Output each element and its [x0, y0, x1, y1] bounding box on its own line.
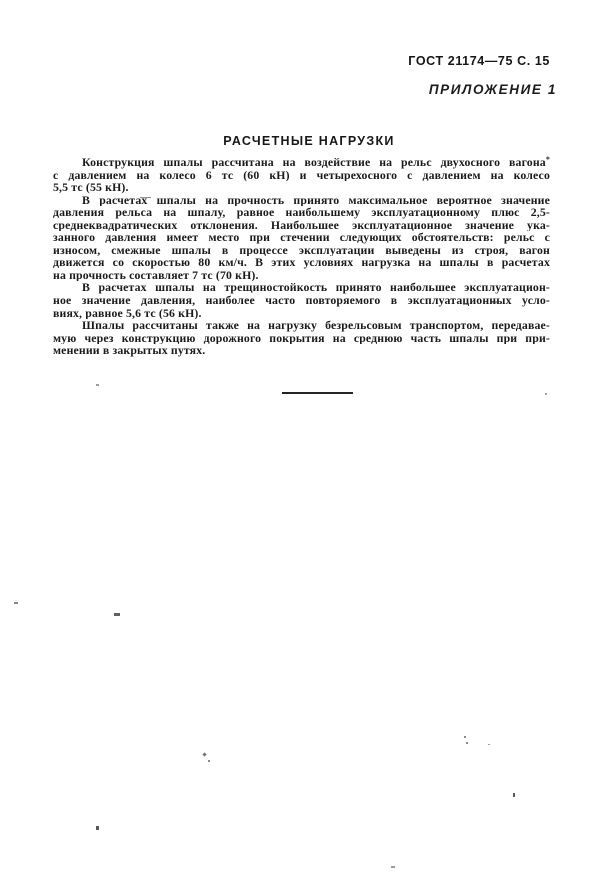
document-number: ГОСТ 21174—75 С. 15 [408, 54, 550, 68]
scan-speck [208, 760, 210, 762]
scan-speck [492, 301, 497, 303]
body-line: движется со скоростью 80 км/ч. В этих ус… [53, 256, 550, 269]
scan-speck [391, 866, 395, 868]
scan-speck [202, 752, 206, 756]
body-line: В расчетах шпалы на трещиностойкость при… [53, 281, 550, 294]
scan-speck [464, 736, 466, 738]
body-line: среднеквадратических отклонения. Наиболь… [53, 219, 550, 232]
body-line: давления рельса на шпалу, равное наиболь… [53, 206, 550, 219]
footnote-marker: * [546, 156, 550, 164]
body-line: виях, равное 5,6 тс (56 кН). [53, 307, 550, 320]
footnote-separator [282, 392, 353, 394]
body-line: ное значение давления, наиболее часто по… [53, 294, 550, 307]
body-line: износом, смежные шпалы в процессе эксплу… [53, 244, 550, 257]
scan-speck [488, 744, 490, 745]
body-line: мую через конструкцию дорожного покрытия… [53, 332, 550, 345]
scan-speck [545, 393, 547, 395]
body-line: с давлением на колесо 6 тс (60 кН) и чет… [53, 169, 550, 182]
body-text: Конструкция шпалы рассчитана на воздейст… [53, 156, 550, 357]
body-line: на прочность составляет 7 тс (70 кН). [53, 269, 550, 282]
body-line: занного давления имеет место при стечени… [53, 231, 550, 244]
body-line: В расчетах шпалы на прочность принято ма… [53, 194, 550, 207]
body-line: менении в закрытых путях. [53, 344, 550, 357]
scan-speck [466, 742, 468, 744]
scan-speck [96, 384, 99, 386]
section-title: РАСЧЕТНЫЕ НАГРУЗКИ [53, 134, 565, 148]
scan-speck [513, 793, 515, 797]
scan-speck [140, 197, 151, 198]
scan-speck [463, 303, 469, 305]
scan-speck [96, 826, 99, 830]
document-page: ГОСТ 21174—75 С. 15 ПРИЛОЖЕНИЕ 1 РАСЧЕТН… [0, 0, 602, 888]
appendix-label: ПРИЛОЖЕНИЕ 1 [429, 82, 557, 97]
body-line: Конструкция шпалы рассчитана на воздейст… [53, 156, 550, 169]
body-line: Шпалы рассчитаны также на нагрузку безре… [53, 319, 550, 332]
scan-speck [14, 602, 18, 604]
scan-speck [114, 613, 120, 616]
body-line: 5,5 тс (55 кН). [53, 181, 550, 194]
